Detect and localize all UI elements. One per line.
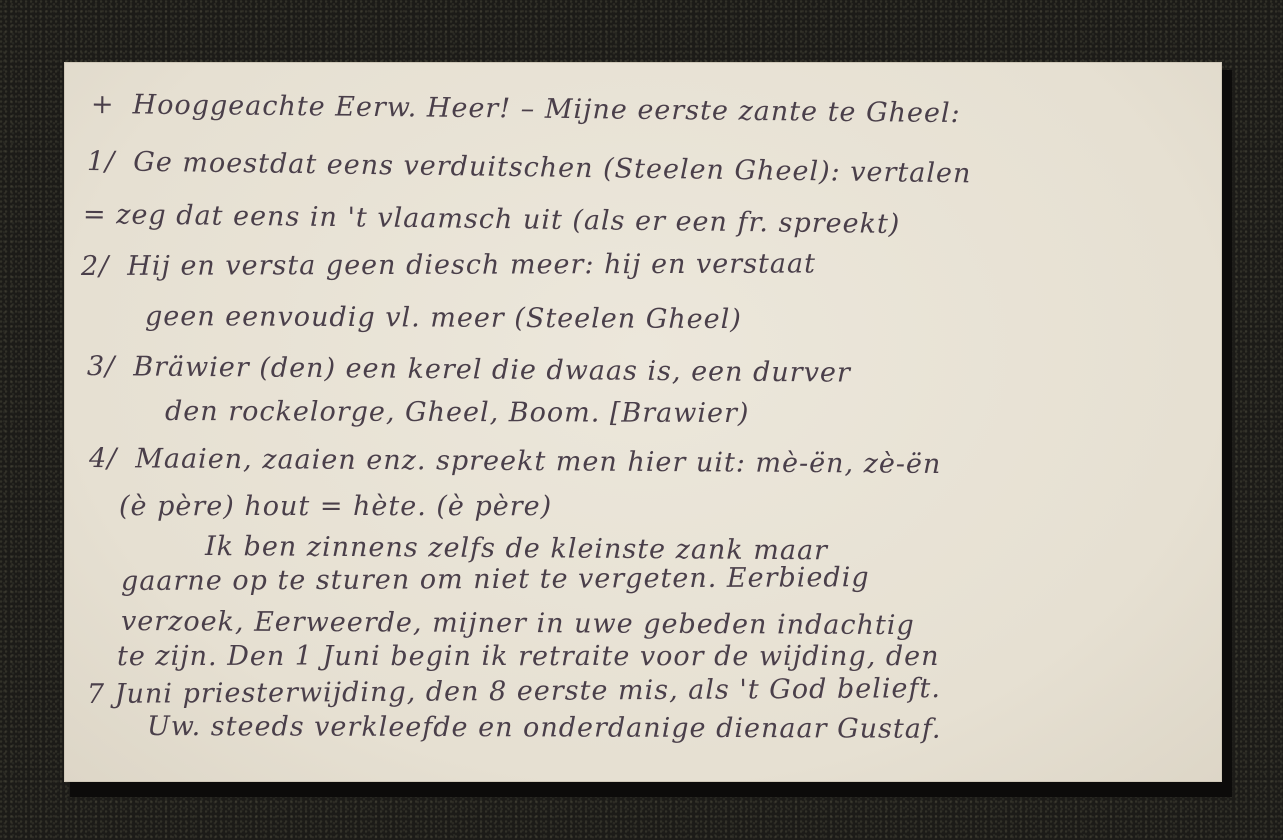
entry-number: 1/ (87, 148, 116, 175)
entry-2-line-2: geen eenvoudig vl. meer (Steelen Gheel) (145, 303, 742, 333)
entry-2-line-1: 2/Hij en versta geen diesch meer: hij en… (81, 250, 816, 280)
line-text: verzoek, Eerweerde, mijner in uwe gebede… (121, 606, 915, 641)
entry-number: 3/ (87, 353, 116, 380)
entry-number: 4/ (89, 445, 117, 472)
closing-line-4: te zijn. Den 1 Juni begin ik retraite vo… (117, 643, 940, 670)
entry-3-line-2: den rockelorge, Gheel, Boom. [Brawier) (165, 398, 750, 427)
closing-line-3: verzoek, Eerweerde, mijner in uwe gebede… (121, 608, 915, 639)
cross-marker: + (91, 91, 115, 118)
line-text: Ge moestdat eens verduitschen (Steelen G… (133, 147, 972, 190)
entry-number: 2/ (81, 253, 109, 280)
line-text: (è père) hout = hète. (è père) (119, 491, 552, 522)
line-text: Maaien, zaaien enz. spreekt men hier uit… (135, 443, 941, 480)
salutation-line: +Hooggeachte Eerw. Heer! – Mijne eerste … (91, 91, 961, 127)
line-text: Uw. steeds verkleefde en onderdanige die… (147, 711, 942, 745)
line-text: 7 Juni priesterwijding, den 8 eerste mis… (87, 673, 941, 710)
line-text: Hooggeachte Eerw. Heer! – Mijne eerste z… (132, 89, 960, 129)
closing-line-2: gaarne op te sturen om niet te vergeten.… (121, 564, 870, 595)
entry-3-line-1: 3/Bräwier (den) een kerel die dwaas is, … (87, 353, 851, 387)
closing-line-1: Ik ben zinnens zelfs de kleinste zank ma… (205, 533, 828, 564)
line-text: geen eenvoudig vl. meer (Steelen Gheel) (145, 301, 742, 335)
postcard: +Hooggeachte Eerw. Heer! – Mijne eerste … (64, 62, 1222, 782)
line-text: Ik ben zinnens zelfs de kleinste zank ma… (205, 531, 828, 566)
entry-1-line-2: = zeg dat eens in 't vlaamsch uit (als e… (83, 201, 901, 238)
line-text: Hij en versta geen diesch meer: hij en v… (127, 248, 816, 281)
line-text: Bräwier (den) een kerel die dwaas is, ee… (133, 351, 851, 388)
entry-4-line-2: (è père) hout = hète. (è père) (119, 493, 552, 520)
line-text: te zijn. Den 1 Juni begin ik retraite vo… (117, 641, 940, 672)
line-text: = zeg dat eens in 't vlaamsch uit (als e… (83, 199, 901, 240)
line-text: gaarne op te sturen om niet te vergeten.… (121, 562, 870, 597)
closing-line-5: 7 Juni priesterwijding, den 8 eerste mis… (87, 675, 941, 708)
entry-4-line-1: 4/Maaien, zaaien enz. spreekt men hier u… (89, 445, 942, 478)
entry-1-line-1: 1/Ge moestdat eens verduitschen (Steelen… (87, 148, 972, 187)
line-text: den rockelorge, Gheel, Boom. [Brawier) (165, 396, 750, 429)
signature-line: Uw. steeds verkleefde en onderdanige die… (147, 713, 942, 743)
